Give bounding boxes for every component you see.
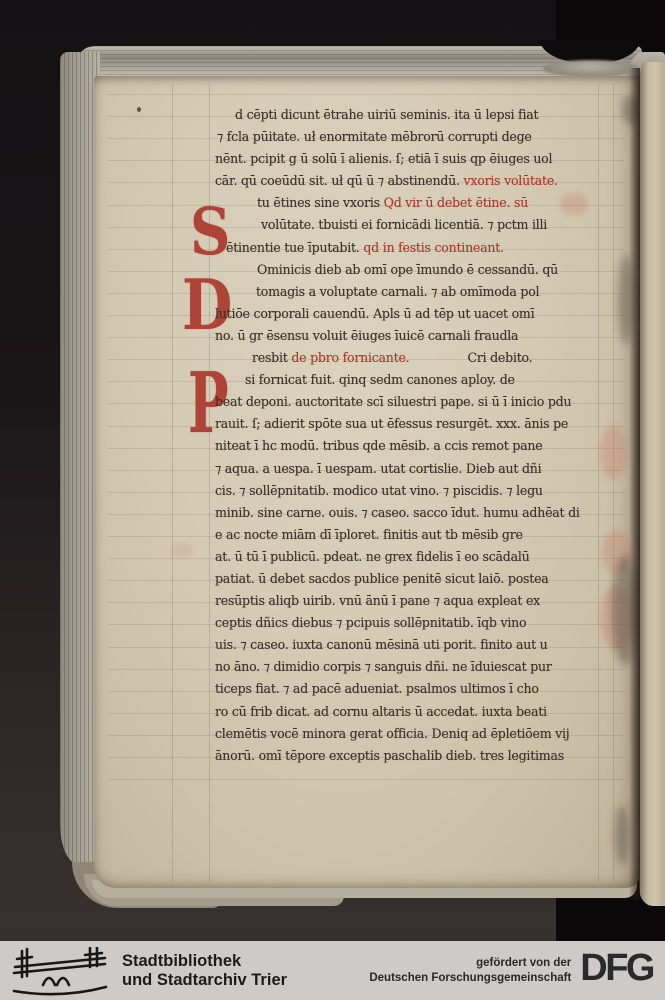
library-name: Stadtbibliothek und Stadtarchiv Trier	[122, 952, 287, 990]
ink-text: niteat ī hc modū. tribus qde mēsib. a cc…	[215, 438, 542, 453]
manuscript-text-line: tu ētines sine vxoris Qd vir ū debet ēti…	[215, 192, 615, 214]
manuscript-text-line: ⁊ fcla pūitate. uł enormitate mēbrorū co…	[215, 126, 615, 148]
ink-text: lutiōe corporali cauendū. Apls ū ad tēp …	[215, 306, 534, 321]
gutter-smudge	[615, 805, 629, 865]
ink-text: ⁊ fcla pūitate. uł enormitate mēbrorū co…	[217, 129, 532, 144]
ink-text: tu ētines sine vxoris	[257, 195, 384, 210]
ink-text: beat deponi. auctoritate scī siluestri p…	[215, 394, 571, 409]
rubric-text: qd in festis contineant.	[363, 240, 503, 255]
ink-text: resūptis aliqb uirib. vnū ānū ī pane ⁊ a…	[215, 593, 540, 608]
ink-text: nēnt. pcipit g ū solū ī alienis. ſ; etiā…	[215, 151, 552, 166]
ink-text: volūtate. tbuisti ei fornicādi licentiā.…	[261, 217, 547, 232]
ink-text: patiat. ū debet sacdos publice penitē si…	[215, 571, 549, 586]
ink-text: Ominicis dieb ab omī ope īmundo ē cessan…	[257, 262, 558, 277]
ink-text: minib. sine carne. ouis. ⁊ caseo. sacco …	[215, 505, 580, 520]
manuscript-text-line: Ominicis dieb ab omī ope īmundo ē cessan…	[215, 259, 615, 281]
manuscript-text-line: no āno. ⁊ dimidio corpis ⁊ sanguis dñi. …	[215, 656, 615, 678]
manuscript-text-line: ānorū. omī tēpore exceptis paschalib die…	[215, 745, 615, 767]
manuscript-text-line: minib. sine carne. ouis. ⁊ caseo. sacco …	[215, 502, 615, 524]
manuscript-text-line: resūptis aliqb uirib. vnū ānū ī pane ⁊ a…	[215, 590, 615, 612]
ink-text: cār. qū coeūdū sit. uł qū ū ⁊ abstinendū…	[215, 173, 464, 188]
ink-text: rauit. ſ; adierit spōte sua ut ēfessus r…	[215, 416, 568, 431]
manuscript-text-line: lutiōe corporali cauendū. Apls ū ad tēp …	[215, 303, 615, 325]
manuscript-text-line: niteat ī hc modū. tribus qde mēsib. a cc…	[215, 435, 615, 457]
rubric-text: vxoris volūtate.	[464, 173, 558, 188]
manuscript-text-line: beat deponi. auctoritate scī siluestri p…	[215, 391, 615, 413]
ruling-line-horizontal	[108, 779, 624, 780]
manuscript-text-line: e ac nocte miām dī īploret. finitis aut …	[215, 524, 615, 546]
manuscript-text-line: nēnt. pcipit g ū solū ī alienis. ſ; etiā…	[215, 148, 615, 170]
rubric-text: Qd vir ū debet ētine. sū	[384, 195, 528, 210]
facing-page-edge-strip	[639, 62, 665, 906]
book-top-gutter-edge-fuzz	[543, 60, 639, 77]
manuscript-text-line: cār. qū coeūdū sit. uł qū ū ⁊ abstinendū…	[215, 170, 615, 192]
ink-text: Cri debito.	[467, 350, 532, 365]
ink-text: resbit	[252, 350, 291, 365]
dfg-logo: DFG	[580, 947, 653, 990]
manuscript-text-line: resbit de pbro fornicante.Cri debito.	[215, 347, 615, 369]
manuscript-text-line: ticeps fiat. ⁊ ad pacē adueniat. psalmos…	[215, 678, 615, 700]
library-name-line2: und Stadtarchiv Trier	[122, 971, 287, 990]
ink-text: ceptis dñics diebus ⁊ pcipuis sollēpnita…	[215, 615, 526, 630]
manuscript-text-line: si fornicat fuit. qinq sedm canones aplo…	[215, 369, 615, 391]
rubric-text: de pbro fornicante.	[291, 350, 409, 365]
ink-text: uis. ⁊ caseo. iuxta canonū mēsinā uti po…	[215, 637, 548, 652]
manuscript-text-line: ētinentie tue īputabit. qd in festis con…	[215, 237, 615, 259]
ink-text: clemētis vocē minora gerat officia. Deni…	[215, 726, 569, 741]
red-bleed-stain	[172, 543, 194, 557]
digitized-manuscript-photo: d cēpti dicunt ētrahe uiriū seminis. ita…	[0, 0, 665, 1000]
manuscript-text-line: ⁊ aqua. a uespa. ī uespam. utat cortisli…	[215, 458, 615, 480]
text-block: d cēpti dicunt ētrahe uiriū seminis. ita…	[215, 104, 615, 767]
funding-line2: Deutschen Forschungsgemeinschaft	[369, 971, 571, 986]
ink-text: ⁊ aqua. a uespa. ī uespam. utat cortisli…	[215, 461, 541, 476]
manuscript-text-line: at. ū tū ī publicū. pdeat. ne grex fidel…	[215, 546, 615, 568]
ink-text: d cēpti dicunt ētrahe uiriū seminis. ita…	[235, 107, 538, 122]
manuscript-text-line: rauit. ſ; adierit spōte sua ut ēfessus r…	[215, 413, 615, 435]
manuscript-text-line: ro cū frib dicat. ad cornu altaris ū acc…	[215, 701, 615, 723]
manuscript-text-line: no. ū gr ēsensu voluit ēiuges īuicē carn…	[215, 325, 615, 347]
manuscript-text-line: tomagis a voluptate carnali. ⁊ ab omīmod…	[215, 281, 615, 303]
ink-text: ticeps fiat. ⁊ ad pacē adueniat. psalmos…	[215, 681, 539, 696]
manuscript-text-line: patiat. ū debet sacdos publice penitē si…	[215, 568, 615, 590]
digitization-banner: Stadtbibliothek und Stadtarchiv Trier ge…	[0, 941, 665, 1000]
manuscript-text-line: uis. ⁊ caseo. iuxta canonū mēsinā uti po…	[215, 634, 615, 656]
manuscript-text-line: cis. ⁊ sollēpnitatib. modico utat vino. …	[215, 480, 615, 502]
ink-text: at. ū tū ī publicū. pdeat. ne grex fidel…	[215, 549, 530, 564]
ink-text: no. ū gr ēsensu voluit ēiuges īuicē carn…	[215, 328, 518, 343]
funding-credit: gefördert von der Deutschen Forschungsge…	[369, 956, 571, 985]
ink-text: e ac nocte miām dī īploret. finitis aut …	[215, 527, 523, 542]
manuscript-text-line: ceptis dñics diebus ⁊ pcipuis sollēpnita…	[215, 612, 615, 634]
ink-text: ētinentie tue īputabit.	[226, 240, 363, 255]
dirt-speck	[137, 107, 141, 112]
ruling-line-horizontal	[108, 94, 624, 95]
funding-line1: gefördert von der	[369, 956, 571, 971]
manuscript-text-line: volūtate. tbuisti ei fornicādi licentiā.…	[215, 214, 615, 236]
ink-text: tomagis a voluptate carnali. ⁊ ab omīmod…	[256, 284, 539, 299]
library-name-line1: Stadtbibliothek	[122, 952, 287, 971]
ink-text: ro cū frib dicat. ad cornu altaris ū acc…	[215, 704, 547, 719]
manuscript-text-line: clemētis vocē minora gerat officia. Deni…	[215, 723, 615, 745]
manuscript-page: d cēpti dicunt ētrahe uiriū seminis. ita…	[94, 76, 640, 888]
binding-gutter-shadow	[629, 68, 640, 900]
ink-text: cis. ⁊ sollēpnitatib. modico utat vino. …	[215, 483, 543, 498]
manuscript-text-line: d cēpti dicunt ētrahe uiriū seminis. ita…	[215, 104, 615, 126]
ink-text: si fornicat fuit. qinq sedm canones aplo…	[245, 372, 515, 387]
ink-text: ānorū. omī tēpore exceptis paschalib die…	[215, 748, 564, 763]
bridge-logo-icon	[12, 947, 108, 997]
ruling-line-vertical	[172, 84, 173, 882]
ink-text: no āno. ⁊ dimidio corpis ⁊ sanguis dñi. …	[215, 659, 552, 674]
